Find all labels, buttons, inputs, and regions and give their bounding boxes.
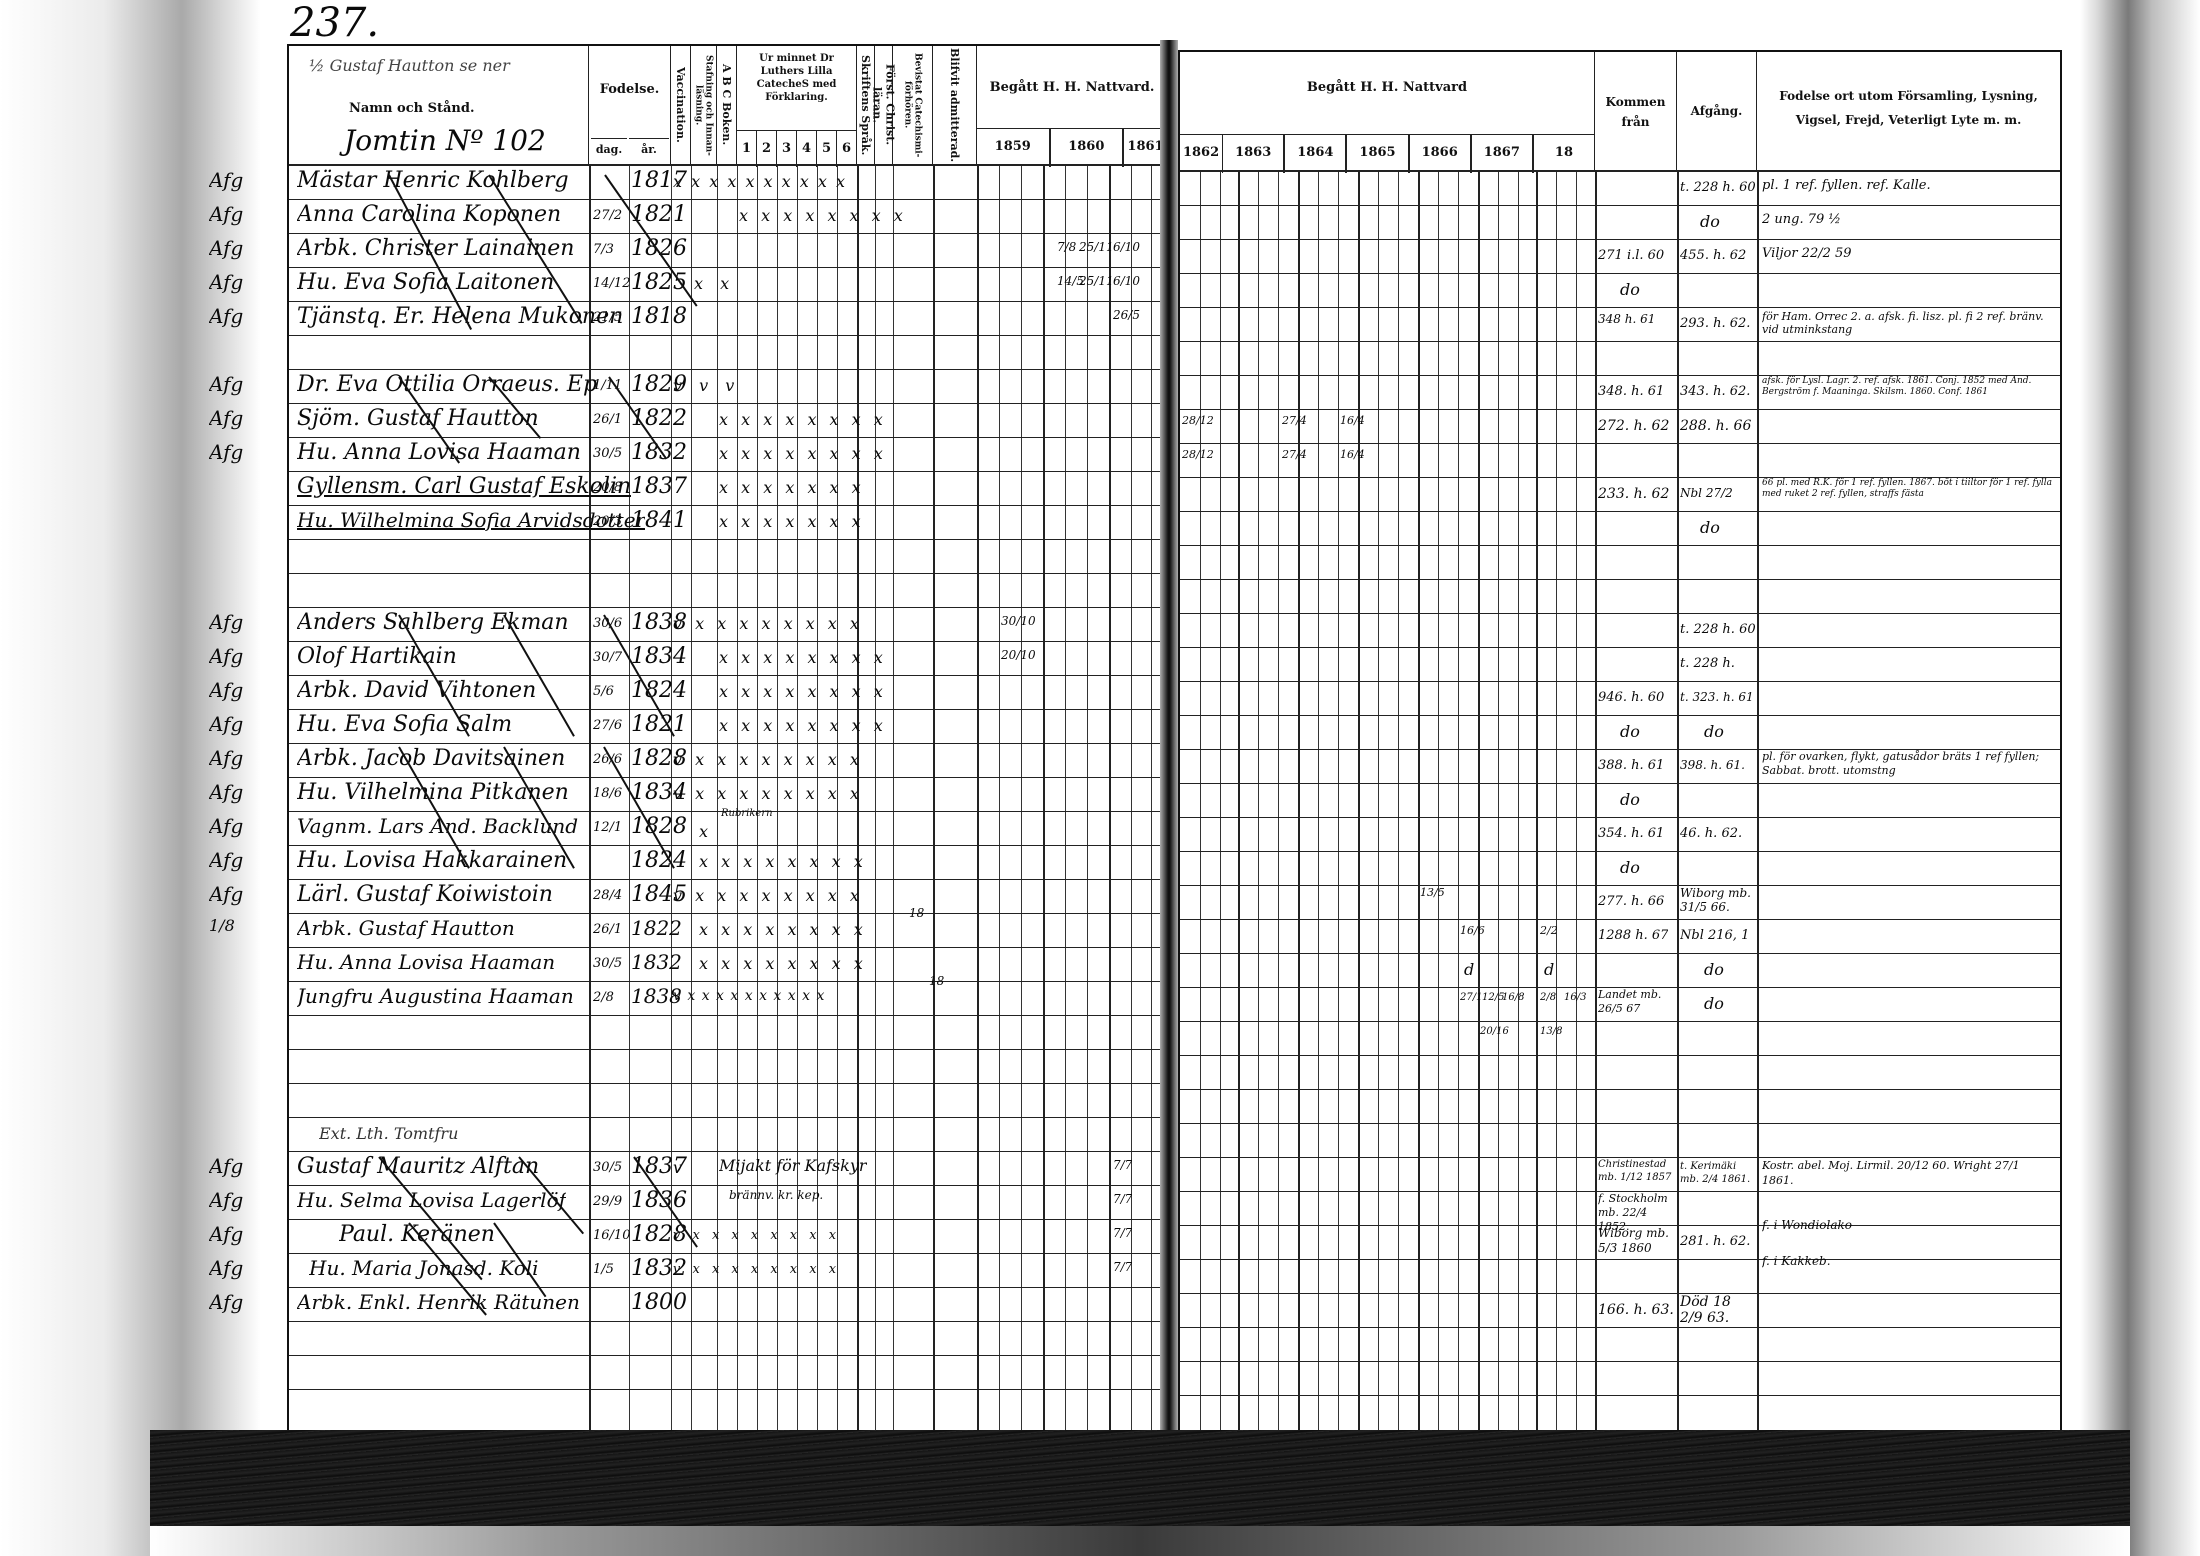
birth-year: 1818: [631, 304, 687, 329]
afgang: 398. h. 61.: [1680, 758, 1745, 772]
birth-year: 1832: [631, 440, 687, 465]
afgang-label: Afgång.: [1677, 104, 1756, 118]
afgang: Nbl 27/2: [1680, 486, 1733, 500]
person-row: Afg Olof Hartikain 30/7 1834 x x x x x x…: [289, 642, 1169, 676]
catechism-header: Ur minnet Dr Luthers Lilla CatecheS med …: [737, 46, 857, 166]
bevistat-header: Bevistat Catechismi-förhören.: [893, 46, 933, 166]
birth-day: 27/6: [593, 718, 622, 733]
birth-year: 1841: [631, 508, 687, 533]
person-name: Jungfru Augustina Haaman: [297, 984, 574, 1008]
person-name: Arbk. Gustaf Hautton: [297, 916, 515, 940]
abc-header: A B C Boken.: [717, 46, 737, 166]
afgang: 293. h. 62.: [1680, 316, 1750, 331]
record-row: f. Stockholm mb. 22/4 1852.: [1180, 1192, 2060, 1226]
year-18: 18: [1534, 135, 1594, 173]
catechism-part-5: 5: [817, 131, 837, 167]
row-prefix: 1/8: [209, 916, 235, 935]
knowledge-marks: x x x x x x x x x x: [673, 172, 847, 191]
knowledge-marks: v x x x x x x x x: [673, 1228, 840, 1243]
record-row: 28/12 27/4 16/4 272. h. 62 288. h. 66: [1180, 410, 2060, 444]
birth-year-label: år.: [629, 138, 669, 156]
record-row: 946. h. 60 t. 323. h. 61: [1180, 682, 2060, 716]
birth-day: 26/1: [593, 922, 622, 937]
birth-day: 20/8: [593, 480, 622, 495]
nattvard-date: 6/10: [1113, 240, 1140, 254]
row-prefix: Afg: [209, 440, 243, 464]
nattvard-1866: 20/16: [1480, 1026, 1509, 1037]
name-header: ½ Gustaf Hautton se ner Namn och Stånd. …: [289, 46, 589, 166]
row-prefix: Afg: [209, 1290, 243, 1314]
kommen-fran: do: [1620, 790, 1640, 809]
row-note: Mijakt för Kafskyr: [719, 1156, 867, 1175]
afgang: t. 323. h. 61: [1680, 690, 1754, 704]
year-1863: 1863: [1223, 135, 1285, 173]
afgang: 46. h. 62.: [1680, 826, 1742, 841]
year-1860: 1860: [1051, 129, 1125, 167]
remarks: f. i Wondiolako: [1762, 1218, 1852, 1232]
kommen-fran: Wiborg mb. 5/3 1860: [1598, 1226, 1676, 1256]
record-row: 166. h. 63. Död 18 2/9 63.: [1180, 1294, 2060, 1328]
kommen-fran: 277. h. 66: [1598, 894, 1664, 909]
person-row: Jungfru Augustina Haaman 2/8 1838 v x x …: [289, 982, 1169, 1016]
record-row: 271 i.l. 60 455. h. 62 Viljor 22/2 59: [1180, 240, 2060, 274]
birth-day: 12/1: [593, 820, 622, 835]
nattvard-header-left: Begått H. H. Nattvard. 1859 1860 1861: [977, 46, 1167, 166]
afgang: 455. h. 62: [1680, 248, 1746, 263]
birth-year: 1821: [631, 712, 687, 737]
afgang: do: [1700, 518, 1720, 537]
row-note: brännv. kr. kep.: [729, 1188, 823, 1202]
kommen-fran: 166. h. 63.: [1598, 1302, 1674, 1318]
record-row: 348. h. 61 343. h. 62. afsk. för Lysl. L…: [1180, 376, 2060, 410]
record-row: d d do: [1180, 954, 2060, 988]
catechism-part-4: 4: [797, 131, 817, 167]
birth-label: Fodelse.: [589, 82, 670, 97]
side-note: 18: [929, 974, 944, 988]
blank-row: [1180, 1090, 2060, 1124]
remarks: Viljor 22/2 59: [1762, 246, 1852, 261]
birth-day: 16/10: [593, 1228, 630, 1243]
birth-day: 18/6: [593, 786, 622, 801]
year-1864: 1864: [1285, 135, 1347, 173]
afgang: t. 228 h.: [1680, 656, 1735, 671]
remarks: för Ham. Orrec 2. a. afsk. fi. lisz. pl.…: [1762, 310, 2052, 336]
blank-row: [1180, 1362, 2060, 1396]
blank-row: [1180, 342, 2060, 376]
record-row: 348 h. 61 293. h. 62. för Ham. Orrec 2. …: [1180, 308, 2060, 342]
nattvard-1865: 16/4: [1340, 448, 1365, 461]
person-row: Gyllensm. Carl Gustaf Eskolin 20/8 1837 …: [289, 472, 1169, 506]
remarks: 66 pl. med R.K. för 1 ref. fyllen. 1867.…: [1762, 478, 2052, 512]
person-row: Afg Arbk. Jacob Davitsainen 26/6 1828 v …: [289, 744, 1169, 778]
row-prefix: Afg: [209, 610, 243, 634]
person-name: Gyllensm. Carl Gustaf Eskolin: [297, 474, 631, 499]
person-name: Hu. Vilhelmina Pitkanen: [297, 780, 569, 805]
person-name: Lärl. Gustaf Koiwistoin: [297, 882, 553, 907]
nattvard-date: 25/11: [1079, 240, 1114, 254]
catechism-part-3: 3: [777, 131, 797, 167]
record-row: t. 228 h.: [1180, 648, 2060, 682]
afgang-header: Afgång.: [1677, 52, 1757, 172]
afgang: 288. h. 66: [1680, 418, 1751, 434]
afgang: do: [1704, 960, 1724, 979]
knowledge-marks: x x x x x x x: [719, 512, 865, 531]
knowledge-marks: x x x x x x x x: [699, 852, 867, 871]
vaccination-header: Vaccination.: [671, 46, 691, 166]
row-prefix: Afg: [209, 1188, 243, 1212]
afgang: Död 18 2/9 63.: [1680, 1294, 1756, 1326]
person-row: Afg Anna Carolina Koponen 27/2 1821 x x …: [289, 200, 1169, 234]
nattvard-1866: 27/1: [1460, 992, 1482, 1003]
knowledge-marks: x x x x x x x x: [719, 410, 887, 429]
person-row: 1/8 Arbk. Gustaf Hautton 26/1 1822 x x x…: [289, 914, 1169, 948]
birth-day: 21/5: [593, 310, 622, 325]
house-title: Jomtin Nº 102: [344, 124, 546, 157]
row-prefix: Afg: [209, 202, 243, 226]
record-row: 233. h. 62 Nbl 27/2 66 pl. med R.K. för …: [1180, 478, 2060, 512]
person-row: Afg Dr. Eva Ottilia Orraeus. Ep 1/11 182…: [289, 370, 1169, 404]
remarks: 2 ung. 79 ½: [1762, 212, 1841, 227]
side-note: 18: [909, 906, 924, 920]
blank-row: [1180, 580, 2060, 614]
nattvard-years-left: 1859 1860 1861: [977, 128, 1167, 167]
nattvard-date: 26/5: [1113, 308, 1140, 322]
person-name: Hu. Anna Lovisa Haaman: [297, 440, 581, 465]
row-prefix: Afg: [209, 236, 243, 260]
blank-row: [1180, 1056, 2060, 1090]
knowledge-marks: x x x x x x x x: [719, 716, 887, 735]
kommen-fran: 388. h. 61: [1598, 758, 1664, 773]
nattvard-1867: 2/8: [1540, 992, 1556, 1003]
remarks: pl. för ovarken, flykt, gatusådor bräts …: [1762, 750, 2052, 778]
person-name: Olof Hartikain: [297, 644, 457, 669]
birth-header: Fodelse. dag. år.: [589, 46, 671, 166]
kommen-fran: Christinestad mb. 1/12 1857: [1598, 1158, 1676, 1184]
record-row: f. i Kakkeb.: [1180, 1260, 2060, 1294]
person-row: Afg Hu. Maria Jonasd. Koli 1/5 1832 v x …: [289, 1254, 1169, 1288]
birth-year: 1826: [631, 236, 687, 261]
blank-row: [1180, 546, 2060, 580]
record-row: do: [1180, 852, 2060, 886]
kommen-fran: do: [1620, 722, 1640, 741]
scan-border-right: [2080, 0, 2200, 1556]
knowledge-marks: v x x x x x x x x: [673, 886, 863, 905]
blank-row: [1180, 1328, 2060, 1362]
nattvard-1864: 27/4: [1282, 414, 1307, 427]
person-name: Hu. Anna Lovisa Haaman: [297, 950, 555, 974]
afgang: t. Kerimäki mb. 2/4 1861.: [1680, 1160, 1756, 1186]
nattvard-date: 25/11: [1079, 274, 1114, 288]
person-row: Hu. Wilhelmina Sofia Arvidsdotter 20/3 1…: [289, 506, 1169, 540]
record-row: Christinestad mb. 1/12 1857 t. Kerimäki …: [1180, 1158, 2060, 1192]
person-row: Afg Mästar Henric Kohlberg 1817 x x x x …: [289, 166, 1169, 200]
person-name: Hu. Eva Sofia Salm: [297, 712, 512, 737]
record-row: do: [1180, 784, 2060, 818]
birth-day: 26/1: [593, 412, 622, 427]
birth-day: 5/6: [593, 684, 614, 699]
scan-background-bottom: [150, 1430, 2130, 1556]
afgang: 281. h. 62.: [1680, 1234, 1750, 1249]
nattvard-date: 7/7: [1113, 1226, 1132, 1240]
person-row: Afg Tjänstq. Er. Helena Mukonen 21/5 181…: [289, 302, 1169, 336]
record-row: do: [1180, 512, 2060, 546]
birth-day: 1/5: [593, 1262, 614, 1277]
person-row: Afg Hu. Selma Lovisa Lagerlöf 29/9 1836 …: [289, 1186, 1169, 1220]
person-row: Afg Hu. Eva Sofia Laitonen 14/12 1825 x …: [289, 268, 1169, 302]
afgang: t. 228 h. 60: [1680, 622, 1756, 637]
afgang: Wiborg mb. 31/5 66.: [1680, 886, 1756, 914]
name-column-label: Namn och Stånd.: [349, 101, 475, 116]
nattvard-1865: 13/5: [1420, 886, 1445, 899]
remarks-header: Fodelse ort utom Församling, Lysning, Vi…: [1757, 52, 2060, 172]
knowledge-marks: x x x x x x x x: [699, 920, 867, 939]
catechism-part-2: 2: [757, 131, 777, 167]
row-prefix: Afg: [209, 848, 243, 872]
afgang: do: [1704, 722, 1724, 741]
person-row: Ext. Lth. Tomtfru: [289, 1118, 1169, 1152]
nattvard-1867b: 16/3: [1564, 992, 1586, 1003]
year-1862: 1862: [1180, 135, 1223, 173]
row-prefix: Afg: [209, 304, 243, 328]
record-row: 388. h. 61 398. h. 61. pl. för ovarken, …: [1180, 750, 2060, 784]
person-name: Arbk. David Vihtonen: [297, 678, 536, 703]
person-name: Hu. Maria Jonasd. Koli: [309, 1256, 539, 1280]
kommen-fran: 946. h. 60: [1598, 690, 1664, 705]
row-prefix: Afg: [209, 712, 243, 736]
person-name: Gustaf Mauritz Alftan: [297, 1154, 539, 1179]
nattvard-1866c: 16/8: [1502, 992, 1524, 1003]
row-prefix: Afg: [209, 270, 243, 294]
nattvard-date: 7/7: [1113, 1158, 1132, 1172]
blank-row: [289, 1016, 1169, 1050]
row-prefix: Afg: [209, 1222, 243, 1246]
afgang: t. 228 h. 60: [1680, 180, 1756, 195]
person-name: Vagnm. Lars And. Backlund: [297, 814, 578, 838]
year-1867: 1867: [1472, 135, 1534, 173]
birth-year: 1832: [631, 950, 682, 974]
afgang: do: [1704, 994, 1724, 1013]
blank-row: [289, 336, 1169, 370]
nattvard-1865: 16/4: [1340, 414, 1365, 427]
kommen-fran: Landet mb. 26/5 67: [1598, 988, 1676, 1016]
knowledge-marks: v x x x x x x x x: [673, 750, 863, 769]
birth-year: 1800: [631, 1290, 687, 1315]
person-row: Afg Gustaf Mauritz Alftan 30/5 1837 v Mi…: [289, 1152, 1169, 1186]
book-gutter: [1160, 40, 1178, 1440]
person-row: Afg Anders Sahlberg Ekman 30/6 1838 v x …: [289, 608, 1169, 642]
row-prefix: Afg: [209, 168, 243, 192]
birth-year: 1824: [631, 678, 687, 703]
left-page: ½ Gustaf Hautton se ner Namn och Stånd. …: [287, 44, 1171, 1438]
birth-day: 30/5: [593, 446, 622, 461]
blank-row: [289, 1050, 1169, 1084]
row-prefix: Afg: [209, 644, 243, 668]
birth-day: 30/5: [593, 956, 622, 971]
person-name: Dr. Eva Ottilia Orraeus. Ep: [297, 372, 597, 397]
kommen-fran: 233. h. 62: [1598, 486, 1669, 502]
birth-day: 7/3: [593, 242, 614, 257]
nattvard-header-right: Begått H. H. Nattvard 1862 1863 1864 186…: [1180, 52, 1595, 172]
person-row: Afg Lärl. Gustaf Koiwistoin 28/4 1845 v …: [289, 880, 1169, 914]
catechism-part-1: 1: [737, 131, 757, 167]
row-prefix: Afg: [209, 678, 243, 702]
person-name: Anders Sahlberg Ekman: [297, 610, 569, 635]
knowledge-marks: x x x x x x x x: [739, 206, 907, 225]
record-row: 13/5 277. h. 66 Wiborg mb. 31/5 66.: [1180, 886, 2060, 920]
knowledge-marks: x x x x x x x x: [699, 954, 867, 973]
afgang: 343. h. 62.: [1680, 384, 1750, 399]
nattvard-1867: 2/2: [1540, 924, 1558, 937]
knowledge-marks: x x x x x x x x: [719, 682, 887, 701]
right-page: Begått H. H. Nattvard 1862 1863 1864 186…: [1178, 50, 2062, 1438]
knowledge-marks: v x x x x x x x x x x: [673, 988, 825, 1004]
person-name: Mästar Henric Kohlberg: [297, 168, 569, 193]
nattvard-label-left: Begått H. H. Nattvard.: [977, 80, 1167, 95]
row-prefix: Afg: [209, 372, 243, 396]
birth-day: 30/5: [593, 1160, 622, 1175]
person-name: Anna Carolina Koponen: [297, 202, 561, 227]
kommen-fran: 348. h. 61: [1598, 384, 1664, 399]
knowledge-marks: x x x x x x x: [719, 478, 865, 497]
kommen-fran: 271 i.l. 60: [1598, 248, 1664, 263]
person-row: Afg Arbk. David Vihtonen 5/6 1824 x x x …: [289, 676, 1169, 710]
birth-year: 1822: [631, 916, 682, 940]
blank-row: [289, 1322, 1169, 1356]
person-row: Afg Vagnm. Lars And. Backlund 12/1 1828 …: [289, 812, 1169, 846]
person-row: Afg Hu. Anna Lovisa Haaman 30/5 1832 x x…: [289, 438, 1169, 472]
person-name: Sjöm. Gustaf Hautton: [297, 406, 539, 431]
catechism-part-6: 6: [837, 131, 856, 167]
kommen-fran: do: [1620, 280, 1640, 299]
birth-day-label: dag.: [591, 138, 627, 156]
blank-row: [289, 1084, 1169, 1118]
row-prefix: Afg: [209, 1154, 243, 1178]
knowledge-marks: v v v: [673, 376, 740, 395]
birth-day: 20/3: [593, 514, 622, 529]
forst-christ-header: Först. Christ. läran.: [875, 46, 893, 166]
nattvard-1866: d: [1464, 960, 1474, 979]
kommen-fran: 348 h. 61: [1598, 312, 1655, 326]
birth-year: 1837: [631, 474, 687, 499]
blank-row: [289, 540, 1169, 574]
record-row: t. 228 h. 60: [1180, 614, 2060, 648]
birth-day: 29/9: [593, 1194, 622, 1209]
birth-day: 30/7: [593, 650, 622, 665]
blank-row: [1180, 1124, 2060, 1158]
remarks-label: Fodelse ort utom Församling, Lysning, Vi…: [1773, 84, 2044, 132]
birth-year: 1834: [631, 644, 687, 669]
row-prefix: Afg: [209, 780, 243, 804]
kommen-fran: 354. h. 61: [1598, 826, 1664, 841]
header-annotation: ½ Gustaf Hautton se ner: [309, 56, 510, 75]
row-prefix: Afg: [209, 746, 243, 770]
remarks: f. i Kakkeb.: [1762, 1254, 1831, 1268]
nattvard-1867: 13/8: [1540, 1026, 1562, 1037]
knowledge-marks: x x x x x x x x: [719, 444, 887, 463]
remarks: pl. 1 ref. fyllen. ref. Kalle.: [1762, 178, 2052, 193]
person-name: Hu. Selma Lovisa Lagerlöf: [297, 1188, 566, 1212]
knowledge-marks: v x x x x x x x x: [673, 614, 863, 633]
kommen-header: Kommen från: [1595, 52, 1677, 172]
year-1866: 1866: [1410, 135, 1472, 173]
row-note: Rubrikern: [721, 808, 773, 819]
knowledge-marks: v x x x x x x x x: [673, 784, 863, 803]
blank-row: [289, 574, 1169, 608]
row-prefix: Afg: [209, 406, 243, 430]
nattvard-date: 6/10: [1113, 274, 1140, 288]
nattvard-1866: 16/6: [1460, 924, 1485, 937]
scan-border-left: [0, 0, 260, 1556]
record-row: 27/1 12/5 16/8 2/8 16/3 Landet mb. 26/5 …: [1180, 988, 2060, 1022]
record-row: do do: [1180, 716, 2060, 750]
admitterad-header: Blifvit admitterad.: [933, 46, 977, 166]
admitted-date: 20/10: [1001, 648, 1036, 662]
admitted-date: 30/10: [1001, 614, 1036, 628]
person-name: Hu. Lovisa Hakkarainen: [297, 848, 567, 873]
knowledge-marks: x x x x x x x x: [719, 648, 887, 667]
nattvard-1862: 28/12: [1182, 448, 1214, 461]
record-row: 28/12 27/4 16/4: [1180, 444, 2060, 478]
nattvard-1867: d: [1544, 960, 1554, 979]
remarks: afsk. för Lysl. Lagr. 2. ref. afsk. 1861…: [1762, 376, 2052, 410]
row-prefix: Afg: [209, 882, 243, 906]
nattvard-date: 7/7: [1113, 1260, 1132, 1274]
record-row: 20/16 13/8: [1180, 1022, 2060, 1056]
stafning-header: Stafning och Innan-läsning.: [691, 46, 717, 166]
knowledge-marks: x: [699, 822, 708, 841]
birth-year: 1824: [631, 848, 687, 873]
person-name: Arbk. Jacob Davitsainen: [297, 746, 565, 771]
catechism-parts: 1 2 3 4 5 6: [737, 130, 856, 167]
nattvard-label-right: Begått H. H. Nattvard: [1180, 80, 1594, 95]
knowledge-marks: v: [673, 1158, 682, 1177]
nattvard-years-right: 1862 1863 1864 1865 1866 1867 18: [1180, 134, 1594, 173]
blank-row: [289, 1356, 1169, 1390]
birth-day: 14/12: [593, 276, 630, 291]
remarks: Kostr. abel. Moj. Lirmil. 20/12 60. Wrig…: [1762, 1158, 2052, 1188]
afgang: Nbl 216, 1: [1680, 928, 1749, 943]
year-1859: 1859: [977, 129, 1051, 167]
record-row: do 2 ung. 79 ½: [1180, 206, 2060, 240]
year-1865: 1865: [1347, 135, 1409, 173]
kommen-fran: 272. h. 62: [1598, 418, 1669, 434]
record-row: 354. h. 61 46. h. 62.: [1180, 818, 2060, 852]
nattvard-date: 7/7: [1113, 1192, 1132, 1206]
row-prefix: Afg: [209, 814, 243, 838]
kommen-fran: 1288 h. 67: [1598, 928, 1668, 943]
person-name: Arbk. Enkl. Henrik Rätunen: [297, 1290, 580, 1314]
knowledge-marks: v x x x x x x x x: [673, 1262, 840, 1277]
birth-day: 28/4: [593, 888, 622, 903]
record-row: 16/6 2/2 1288 h. 67 Nbl 216, 1: [1180, 920, 2060, 954]
person-row: Afg Hu. Lovisa Hakkarainen 1824 x x x x …: [289, 846, 1169, 880]
nattvard-1864: 27/4: [1282, 448, 1307, 461]
record-row: t. 228 h. 60 pl. 1 ref. fyllen. ref. Kal…: [1180, 172, 2060, 206]
person-name: Ext. Lth. Tomtfru: [319, 1124, 458, 1143]
afgang: do: [1700, 212, 1720, 231]
nattvard-date: 7/8: [1057, 240, 1076, 254]
person-row: Afg Hu. Eva Sofia Salm 27/6 1821 x x x x…: [289, 710, 1169, 744]
nattvard-1862: 28/12: [1182, 414, 1214, 427]
birth-day: 27/2: [593, 208, 622, 223]
birth-year: 1828: [631, 814, 687, 839]
birth-day: 2/8: [593, 990, 614, 1005]
person-row: Afg Arbk. Enkl. Henrik Rätunen 1800: [289, 1288, 1169, 1322]
row-prefix: Afg: [209, 1256, 243, 1280]
kommen-label: Kommen från: [1603, 92, 1668, 132]
record-row: Wiborg mb. 5/3 1860 281. h. 62. f. i Won…: [1180, 1226, 2060, 1260]
person-name: Hu. Eva Sofia Laitonen: [297, 270, 554, 295]
